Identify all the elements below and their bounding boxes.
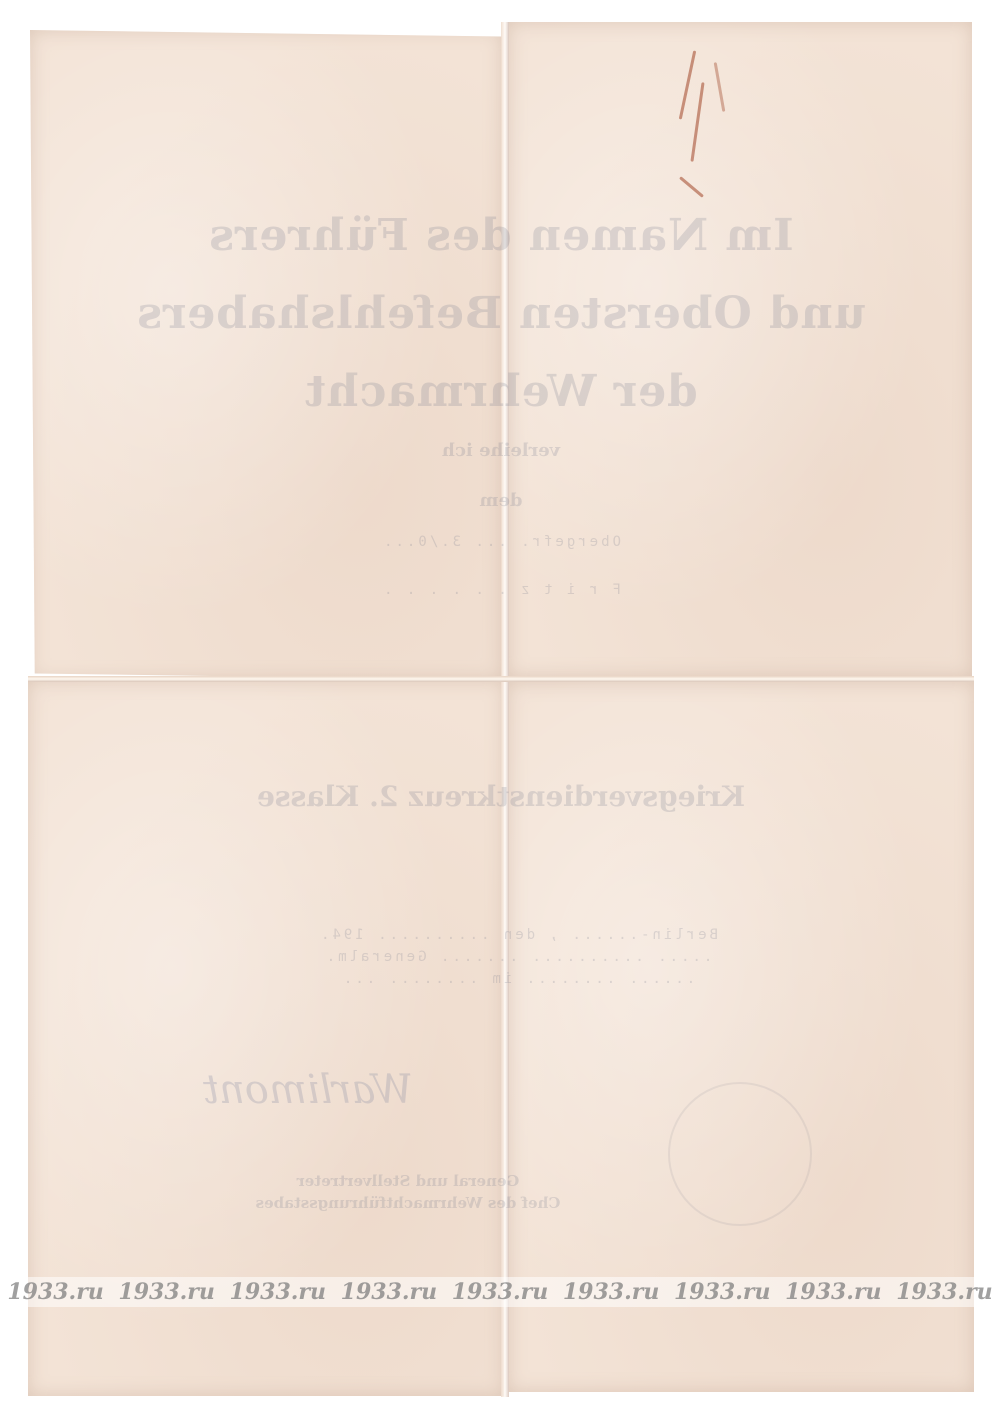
watermark-band: 1933.ru1933.ru1933.ru1933.ru1933.ru1933.… (0, 1277, 1000, 1307)
caption-line: Chef des Wehrmachtführungsstabes (88, 1194, 728, 1212)
show-through-typed-paragraph: Berlin-...... , den .......... 194. ....… (88, 927, 948, 987)
show-through-header-line-2: und Obersten Befehlshabers (28, 288, 974, 339)
show-through-verleihe: verleihe ich (28, 440, 974, 461)
watermark-text: 1933.ru (674, 1279, 770, 1305)
watermark-text: 1933.ru (118, 1279, 214, 1305)
show-through-header-line-1: Im Namen des Führers (28, 210, 974, 261)
horizontal-fold-line (28, 676, 974, 682)
caption-line: General und Stellvertreter (88, 1172, 728, 1190)
watermark-text: 1933.ru (785, 1279, 881, 1305)
show-through-name-line: F r i t z . . . . . . (28, 582, 974, 598)
typed-line: ..... .......... ....... Generalm. (88, 949, 948, 965)
paper-quadrant-top-right (508, 22, 972, 677)
watermark-text: 1933.ru (341, 1279, 437, 1305)
certificate-sheet: Im Namen des Führers und Obersten Befehl… (28, 22, 974, 1397)
show-through-signature: Warlimont (88, 1067, 528, 1113)
show-through-header-line-3: der Wehrmacht (28, 366, 974, 417)
show-through-signature-caption: General und Stellvertreter Chef des Wehr… (88, 1172, 728, 1212)
watermark-text: 1933.ru (896, 1279, 992, 1305)
typed-line: ...... ........ im ........ ... (88, 971, 948, 987)
typed-line: Berlin-...... , den .......... 194. (88, 927, 948, 943)
watermark-text: 1933.ru (452, 1279, 548, 1305)
show-through-award-title: Kriegsverdienstkreuz 2. Klasse (28, 780, 974, 813)
watermark-text: 1933.ru (563, 1279, 659, 1305)
watermark-text: 1933.ru (230, 1279, 326, 1305)
show-through-stamp (668, 1082, 812, 1226)
show-through-dem: dem (28, 490, 974, 511)
watermark-text: 1933.ru (7, 1279, 103, 1305)
show-through-rank-line: Obergefr. ... 3./0... (28, 534, 974, 550)
